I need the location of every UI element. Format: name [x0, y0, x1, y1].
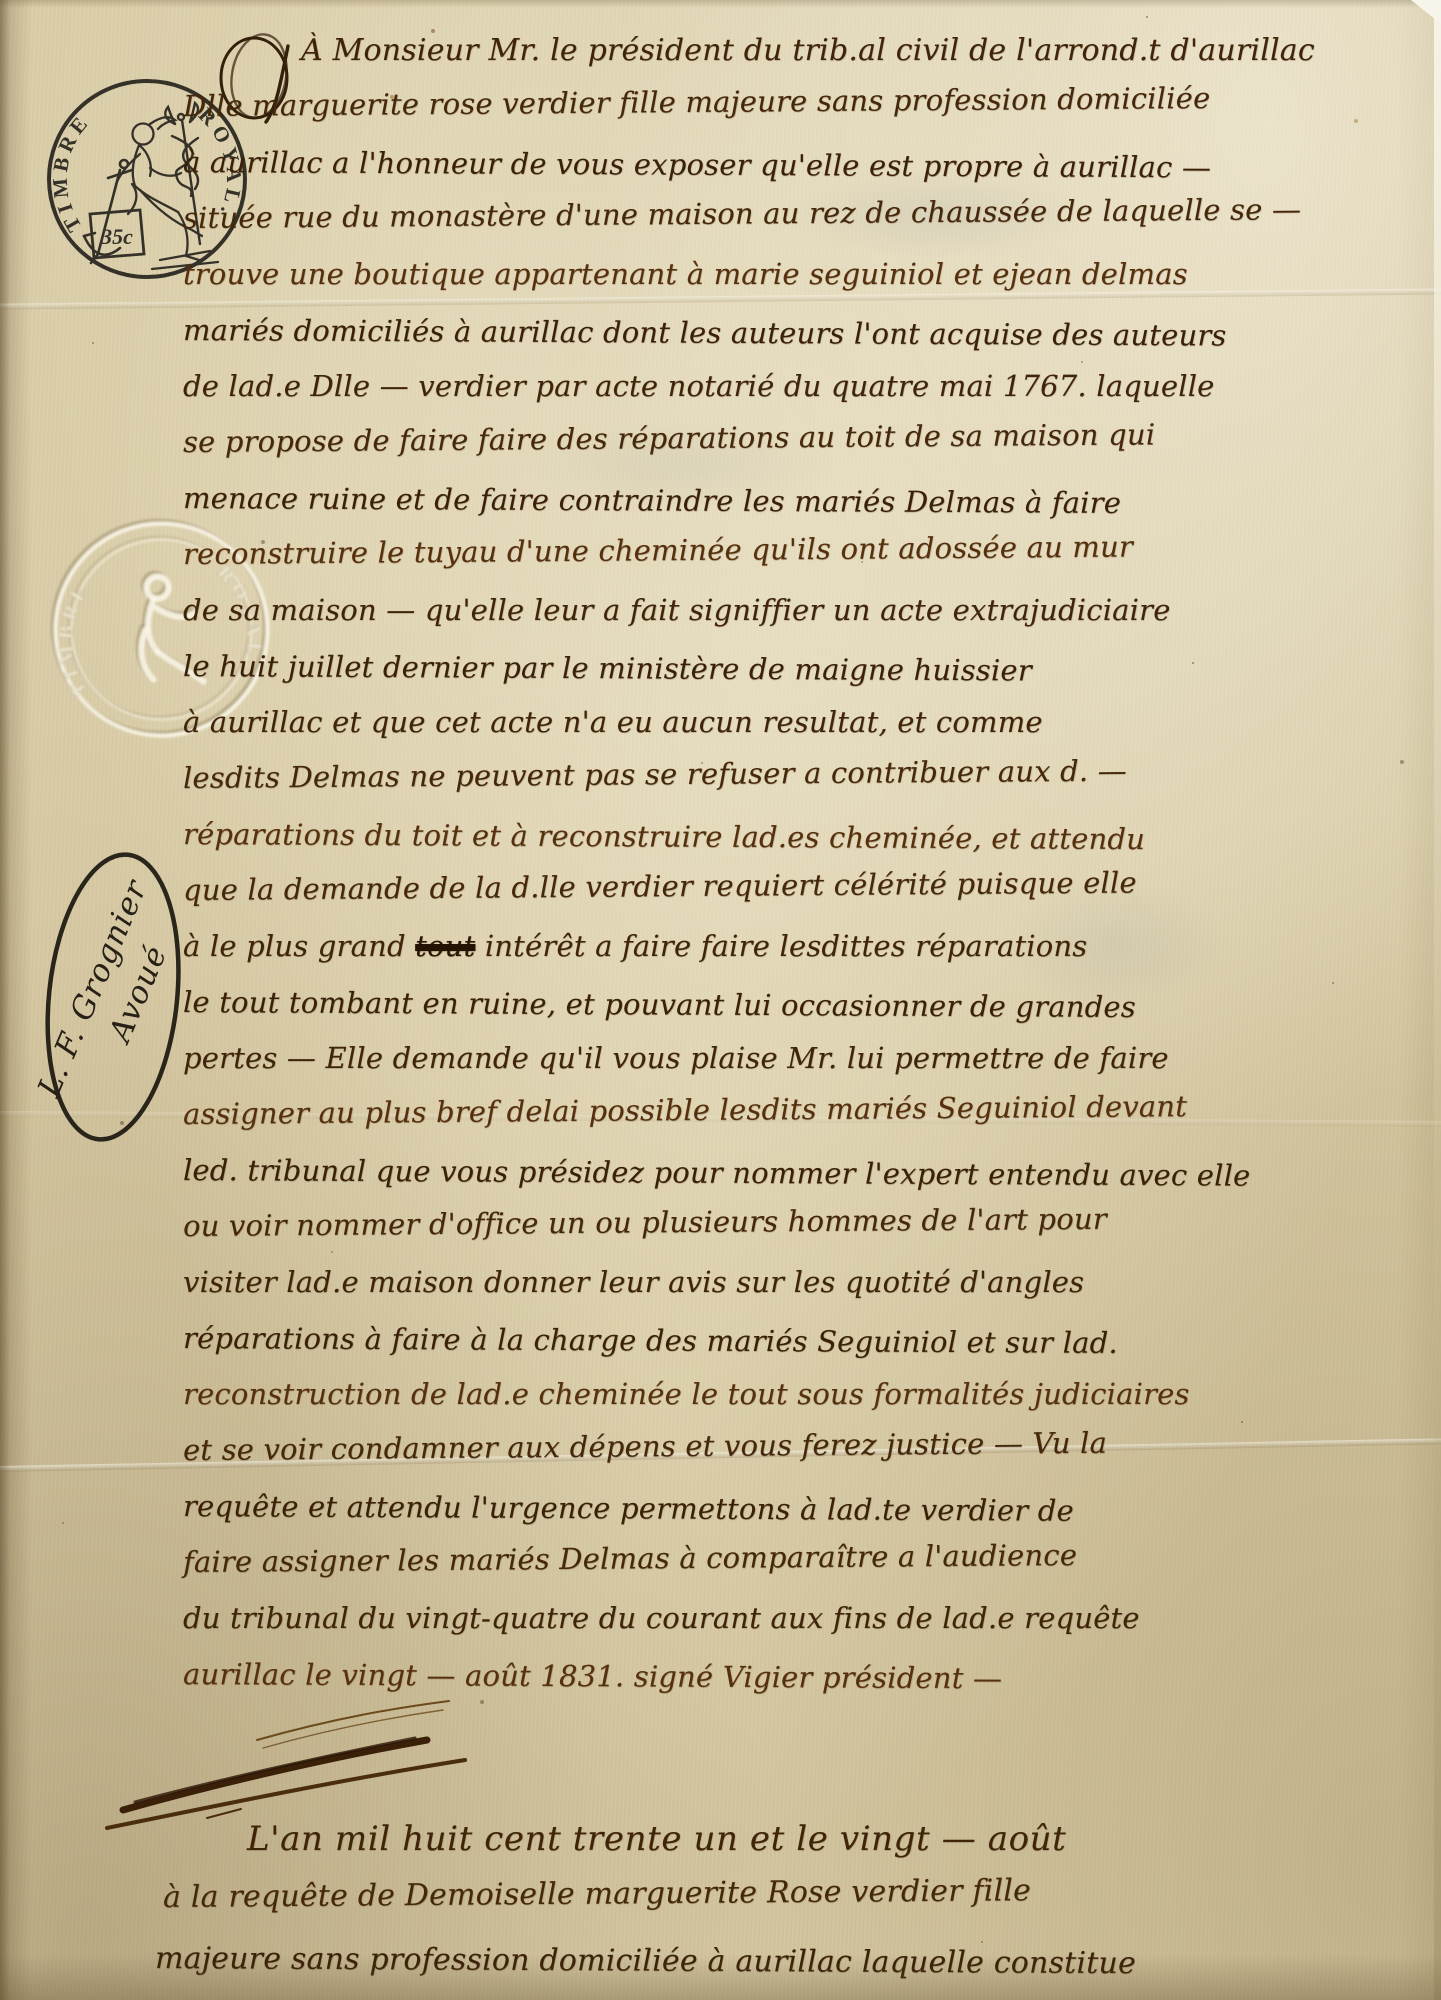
- manuscript-line: le huit juillet dernier par le ministère…: [183, 652, 1032, 685]
- manuscript-line: assigner au plus bref delai possible les…: [183, 1092, 1187, 1129]
- manuscript-line: à aurillac et que cet acte n'a eu aucun …: [183, 708, 1043, 737]
- manuscript-line: réparations du toit et à reconstruire la…: [183, 820, 1145, 854]
- manuscript-line: lesdits Delmas ne peuvent pas se refuser…: [183, 757, 1127, 793]
- manuscript-line: de sa maison — qu'elle leur a fait signi…: [183, 596, 1171, 625]
- manuscript-line: reconstruction de lad.e cheminée le tout…: [183, 1380, 1190, 1409]
- manuscript-line: faire assigner les mariés Delmas à compa…: [183, 1541, 1077, 1577]
- manuscript-line: réparations à faire à la charge des mari…: [183, 1324, 1118, 1358]
- paper-edge-top: [0, 0, 1441, 8]
- manuscript-line: ou voir nommer d'office un ou plusieurs …: [183, 1205, 1107, 1241]
- manuscript-body: À Monsieur Mr. le président du trib.al c…: [183, 36, 1183, 1756]
- manuscript-line: À Monsieur Mr. le président du trib.al c…: [301, 36, 1315, 66]
- manuscript-line: à le plus grand tout intérêt a faire fai…: [183, 932, 1087, 961]
- manuscript-line: située rue du monastère d'une maison au …: [183, 195, 1301, 233]
- stamp-text-timbre: TIMBRE: [47, 109, 95, 237]
- paper-edge-bottom: [0, 1954, 1441, 2000]
- scan-corner: [1411, 0, 1441, 24]
- denomination-text: 35c: [100, 224, 133, 249]
- manuscript-line: le tout tombant en ruine, et pouvant lui…: [183, 988, 1136, 1022]
- manuscript-line: led. tribunal que vous présidez pour nom…: [183, 1156, 1251, 1191]
- manuscript-line: à la requête de Demoiselle marguerite Ro…: [163, 1876, 1031, 1913]
- manuscript-line: visiter lad.e maison donner leur avis su…: [183, 1268, 1084, 1297]
- manuscript-line: et se voir condamner aux dépens et vous …: [183, 1429, 1107, 1465]
- manuscript-line: pertes — Elle demande qu'il vous plaise …: [183, 1044, 1169, 1073]
- manuscript-line: menace ruine et de faire contraindre les…: [183, 484, 1121, 518]
- manuscript-line: que la demande de la d.lle verdier requi…: [183, 869, 1137, 905]
- svg-text:TIMBRE: TIMBRE: [47, 109, 95, 237]
- paper-edge-left: [0, 0, 10, 2000]
- manuscript-line: requête et attendu l'urgence permettons …: [183, 1492, 1074, 1526]
- manuscript-line: mariés domiciliés à aurillac dont les au…: [183, 316, 1227, 350]
- paper-edge-right: [1434, 0, 1441, 2000]
- manuscript-line: trouve une boutique appartenant à marie …: [183, 260, 1188, 289]
- manuscript-line: à aurillac a l'honneur de vous exposer q…: [183, 148, 1211, 182]
- manuscript-line: se propose de faire faire des réparation…: [183, 420, 1155, 457]
- manuscript-line: Dlle marguerite rose verdier fille majeu…: [183, 84, 1211, 121]
- manuscript-line: du tribunal du vingt-quatre du courant a…: [183, 1604, 1140, 1633]
- manuscript-line: L'an mil huit cent trente un et le vingt…: [247, 1822, 1066, 1856]
- manuscript-line: de lad.e Dlle — verdier par acte notarié…: [183, 372, 1215, 401]
- manuscript-line: aurillac le vingt — août 1831. signé Vig…: [183, 1660, 1002, 1693]
- document-scan: { "page": { "kind": "handwritten legal p…: [0, 0, 1441, 2000]
- struck-word: tout: [415, 929, 475, 963]
- manuscript-line: reconstruire le tuyau d'une cheminée qu'…: [183, 533, 1133, 569]
